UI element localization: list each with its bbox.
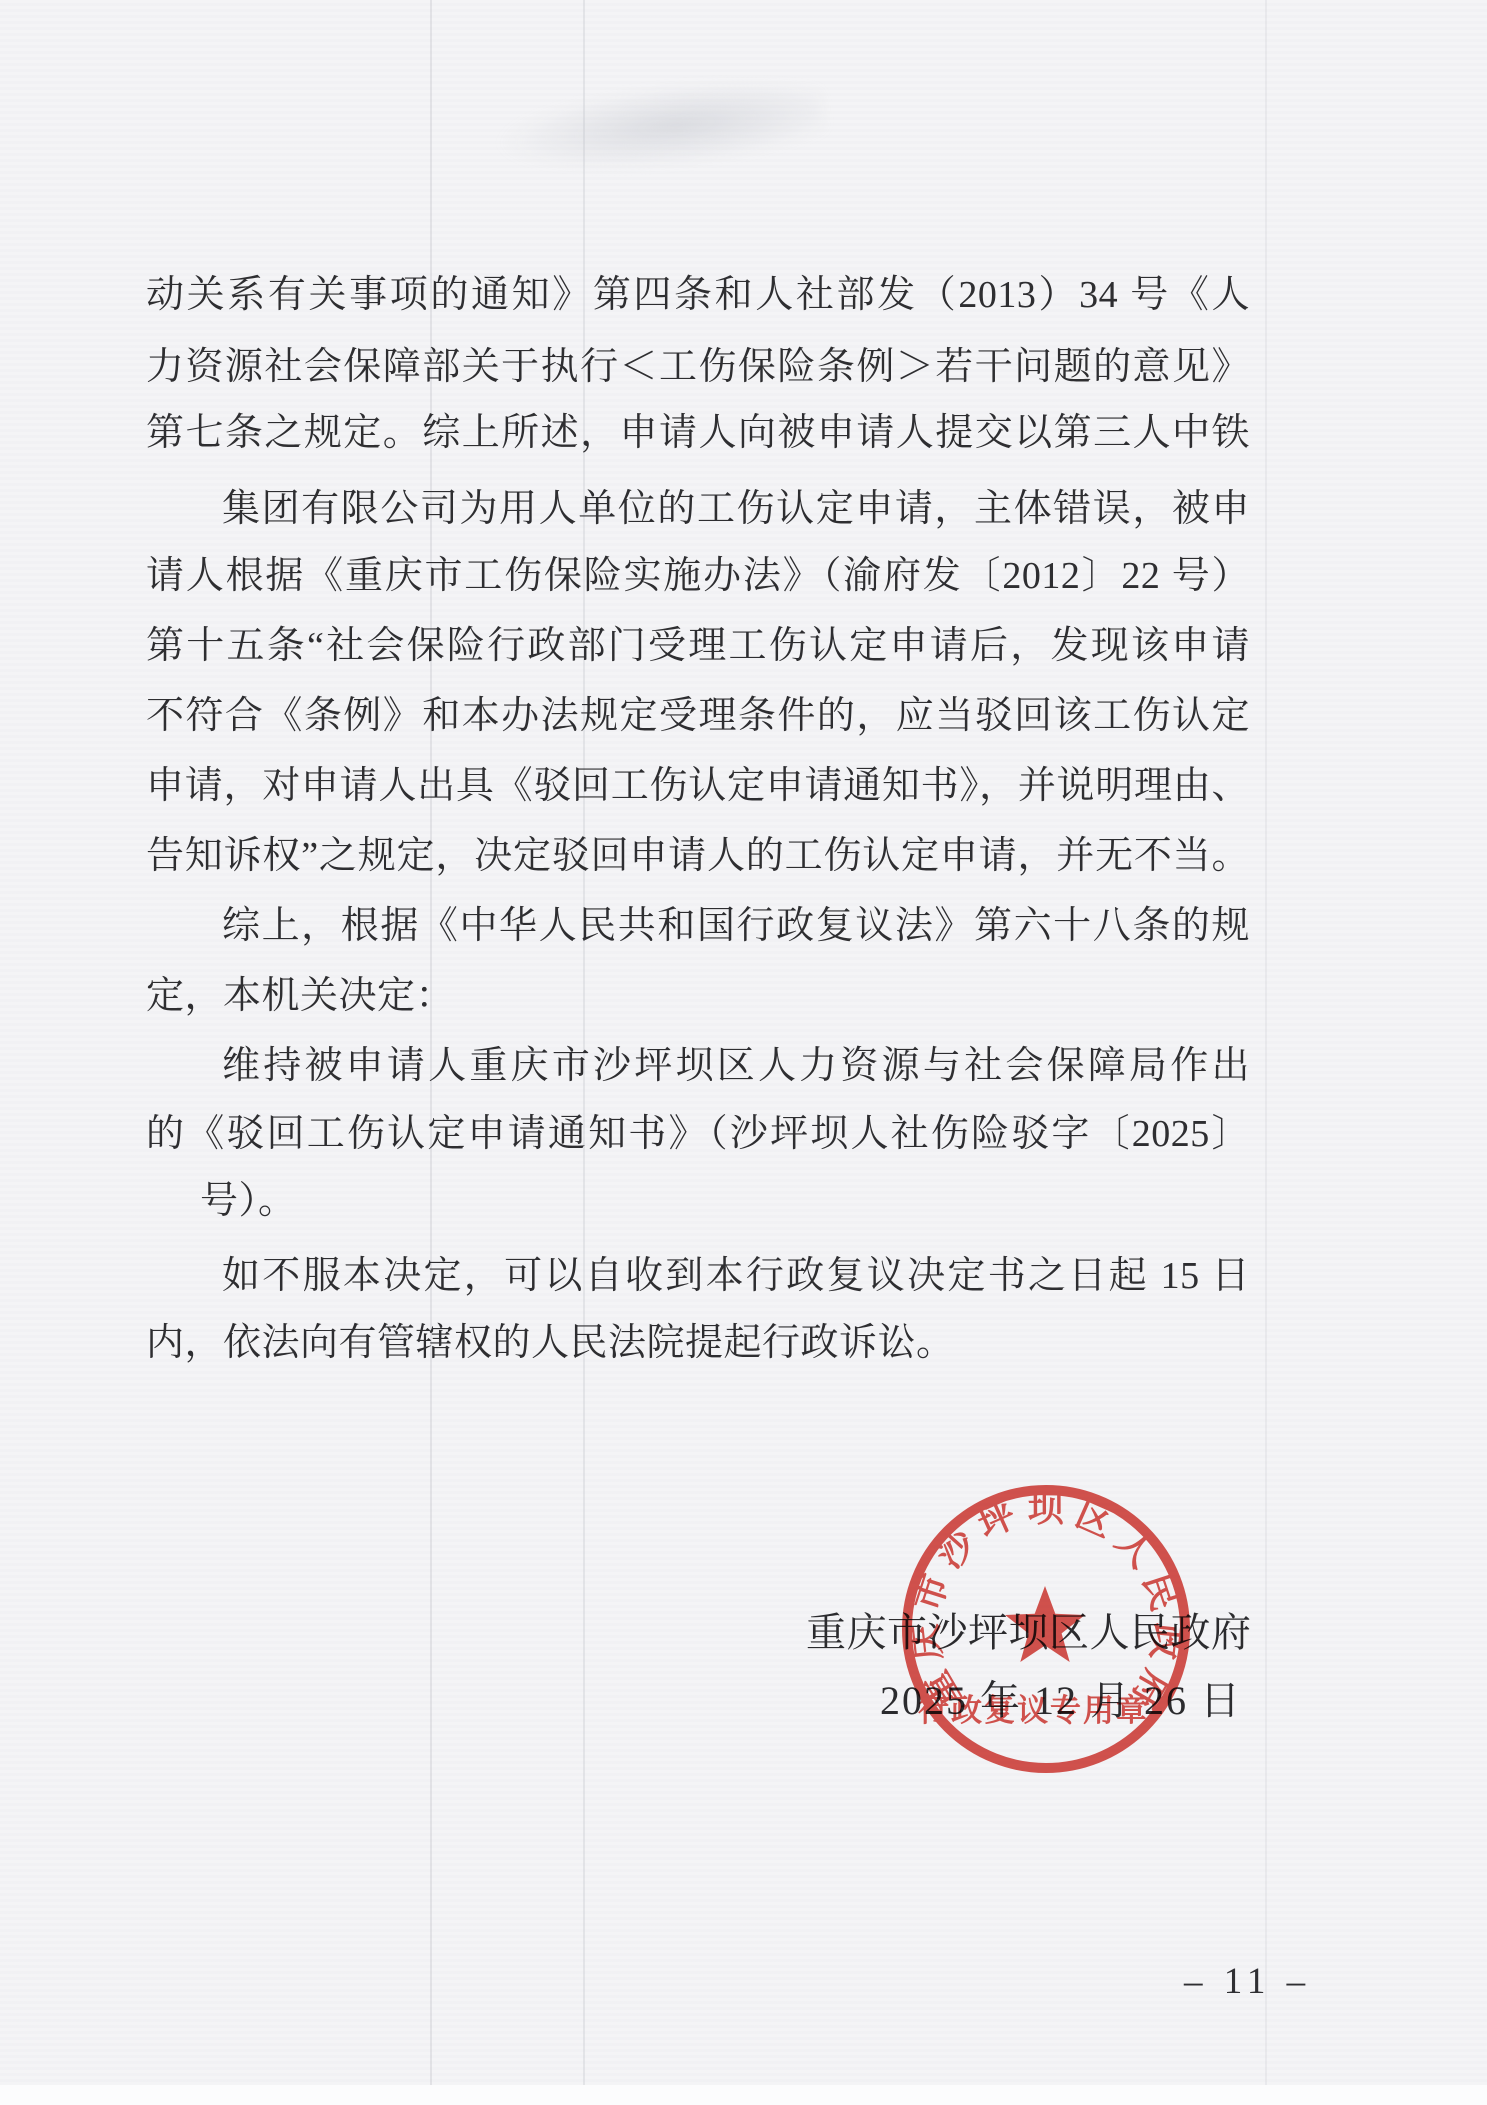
body-line: 定，本机关决定： [146, 973, 454, 1019]
page-number: – 11 – [1184, 1960, 1311, 2003]
body-line: 告知诉权”之规定，决定驳回申请人的工伤认定申请，并无不当。 [146, 833, 1250, 879]
body-line: 号）。 [200, 1178, 297, 1224]
body-line: 第七条之规定。综上所述，申请人向被申请人提交以第三人中铁 [146, 410, 1250, 456]
body-line: 维持被申请人重庆市沙坪坝区人力资源与社会保障局作出 [222, 1043, 1250, 1089]
body-line: 力资源社会保障部关于执行＜工伤保险条例＞若干问题的意见》 [146, 344, 1250, 390]
body-line: 第十五条“社会保险行政部门受理工伤认定申请后，发现该申请 [146, 623, 1250, 669]
body-line: 集团有限公司为用人单位的工伤认定申请，主体错误，被申 [222, 486, 1250, 532]
body-line: 动关系有关事项的通知》第四条和人社部发（2013）34 号《人 [146, 272, 1250, 318]
body-line: 的《驳回工伤认定申请通知书》（沙坪坝人社伤险驳字〔2025〕 [146, 1111, 1250, 1157]
body-line: 请人根据《重庆市工伤保险实施办法》（渝府发〔2012〕22 号） [146, 553, 1250, 599]
signature-date: 2025 年 12 月 26 日 [880, 1681, 1242, 1721]
body-line: 内，依法向有管辖权的人民法院提起行政诉讼。 [146, 1320, 955, 1366]
body-line: 如不服本决定，可以自收到本行政复议决定书之日起 15 日 [222, 1253, 1250, 1299]
signature-org: 重庆市沙坪坝区人民政府 [806, 1613, 1252, 1653]
body-line: 综上，根据《中华人民共和国行政复议法》第六十八条的规 [222, 903, 1250, 949]
body-line: 不符合《条例》和本办法规定受理条件的，应当驳回该工伤认定 [146, 693, 1250, 739]
scanned-document: { "doc": { "lines": [ "动关系有关事项的通知》第四条和人社… [0, 0, 1487, 2105]
document-body: 动关系有关事项的通知》第四条和人社部发（2013）34 号《人 力资源社会保障部… [0, 0, 1487, 2105]
body-line: 申请，对申请人出具《驳回工伤认定申请通知书》，并说明理由、 [146, 763, 1250, 809]
